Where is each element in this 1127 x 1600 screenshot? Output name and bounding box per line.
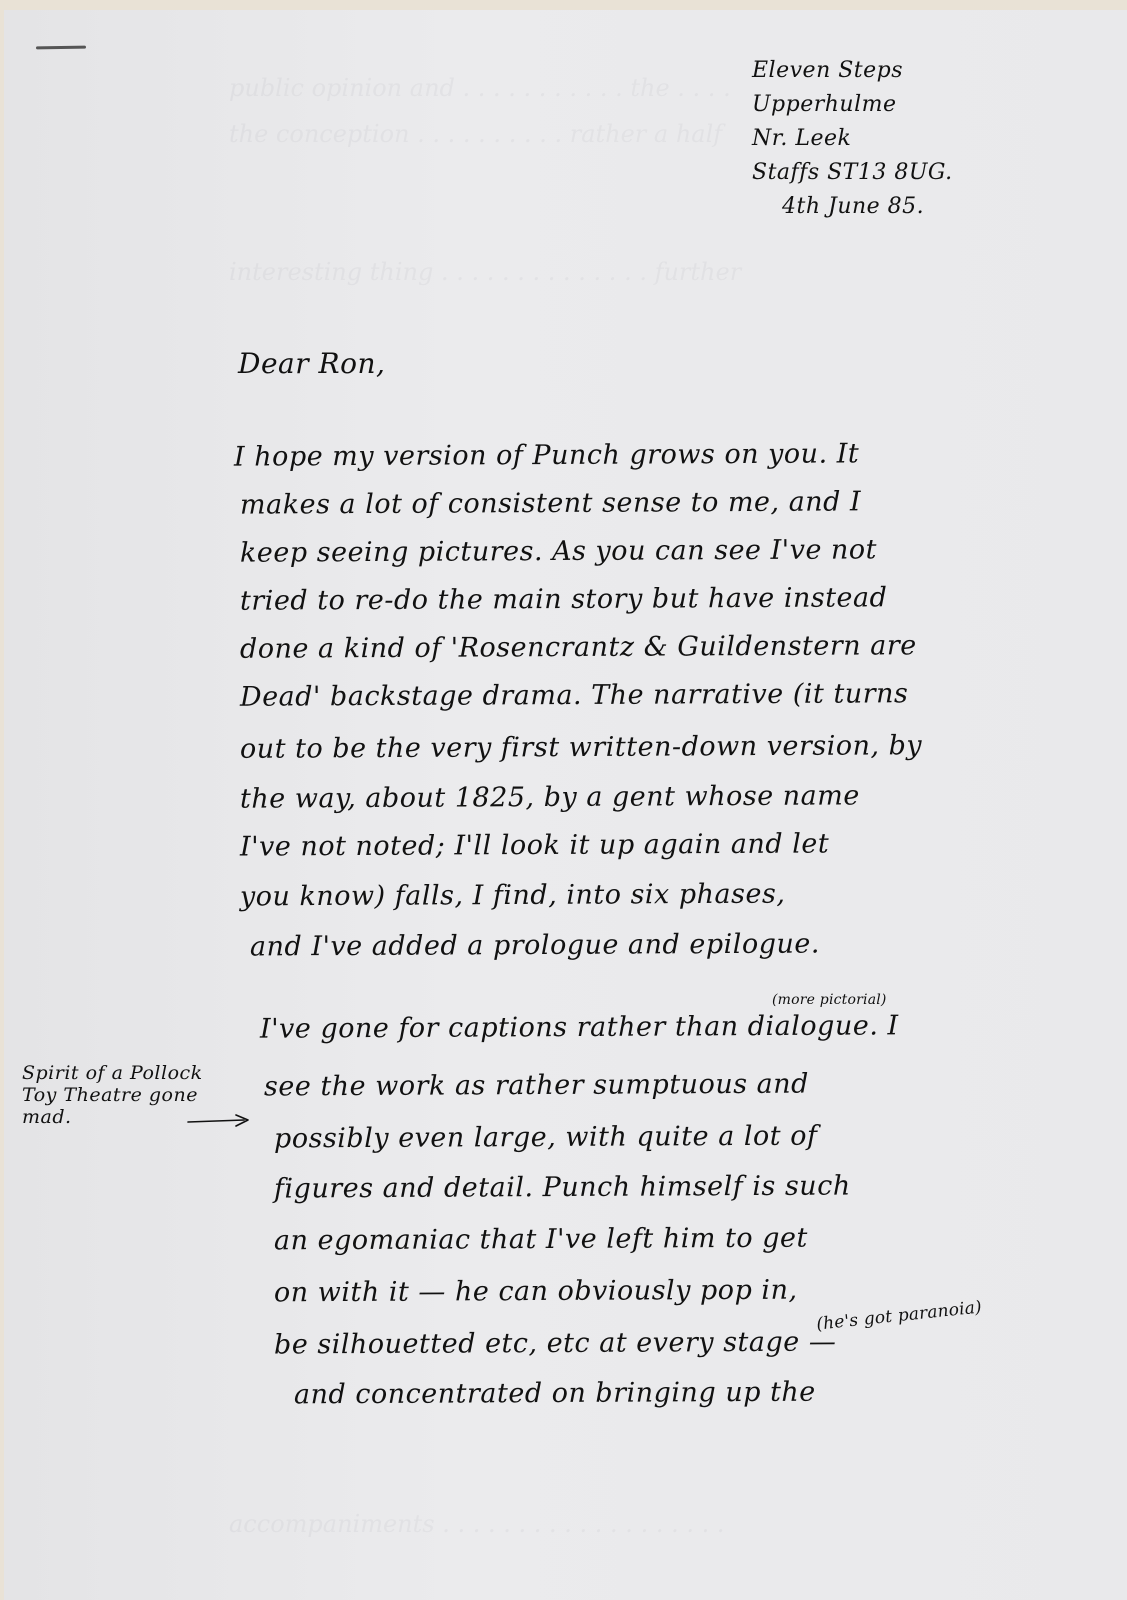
corner-pen-mark <box>36 46 86 50</box>
body-line: out to be the very first written-down ve… <box>240 730 922 765</box>
body-line: makes a lot of consistent sense to me, a… <box>240 486 861 520</box>
body-line: an egomaniac that I've left him to get <box>274 1223 808 1257</box>
body-line: possibly even large, with quite a lot of <box>274 1121 818 1155</box>
body-line: I hope my version of Punch grows on you.… <box>234 438 859 472</box>
body-line: and concentrated on bringing up the <box>294 1377 816 1411</box>
body-line: I've gone for captions rather than dialo… <box>260 1010 899 1044</box>
body-line: keep seeing pictures. As you can see I'v… <box>240 534 877 568</box>
body-line: I've not noted; I'll look it up again an… <box>240 828 829 862</box>
margin-note-line-2: Toy Theatre gone <box>22 1084 203 1106</box>
salutation: Dear Ron, <box>238 347 385 380</box>
insertion-more-pictorial: (more pictorial) <box>772 992 887 1008</box>
margin-note-line-3: mad. <box>22 1106 203 1128</box>
body-line: be silhouetted etc, etc at every stage — <box>274 1327 836 1361</box>
body-line: and I've added a prologue and epilogue. <box>250 929 820 963</box>
margin-note: Spirit of a Pollock Toy Theatre gone mad… <box>22 1062 203 1128</box>
margin-note-line-1: Spirit of a Pollock <box>22 1062 203 1084</box>
letter-date: 4th June 85. <box>752 190 953 224</box>
letter-page: public opinion and . . . . . . . . . . .… <box>4 10 1127 1600</box>
sender-address: Eleven Steps Upperhulme Nr. Leek Staffs … <box>752 54 953 224</box>
address-line-1: Eleven Steps <box>752 54 953 88</box>
show-through-text: the conception . . . . . . . . . . rathe… <box>229 120 722 148</box>
body-line: see the work as rather sumptuous and <box>264 1069 809 1103</box>
show-through-text: interesting thing . . . . . . . . . . . … <box>229 258 741 286</box>
show-through-text: accompaniments . . . . . . . . . . . . .… <box>229 1510 724 1538</box>
address-line-4: Staffs ST13 8UG. <box>752 156 953 190</box>
body-line: Dead' backstage drama. The narrative (it… <box>240 678 908 712</box>
address-line-3: Nr. Leek <box>752 122 953 156</box>
show-through-text: public opinion and . . . . . . . . . . .… <box>229 74 731 102</box>
body-line: you know) falls, I find, into six phases… <box>240 879 786 913</box>
body-line: done a kind of 'Rosencrantz & Guildenste… <box>240 630 917 665</box>
body-line: on with it — he can obviously pop in, <box>274 1275 798 1309</box>
address-line-2: Upperhulme <box>752 88 953 122</box>
margin-arrow-icon <box>186 1114 252 1128</box>
body-line: tried to re-do the main story but have i… <box>240 582 888 616</box>
insertion-paranoia: (he's got paranoia) <box>815 1297 982 1334</box>
body-line: figures and detail. Punch himself is suc… <box>274 1170 851 1204</box>
body-line: the way, about 1825, by a gent whose nam… <box>240 780 860 814</box>
